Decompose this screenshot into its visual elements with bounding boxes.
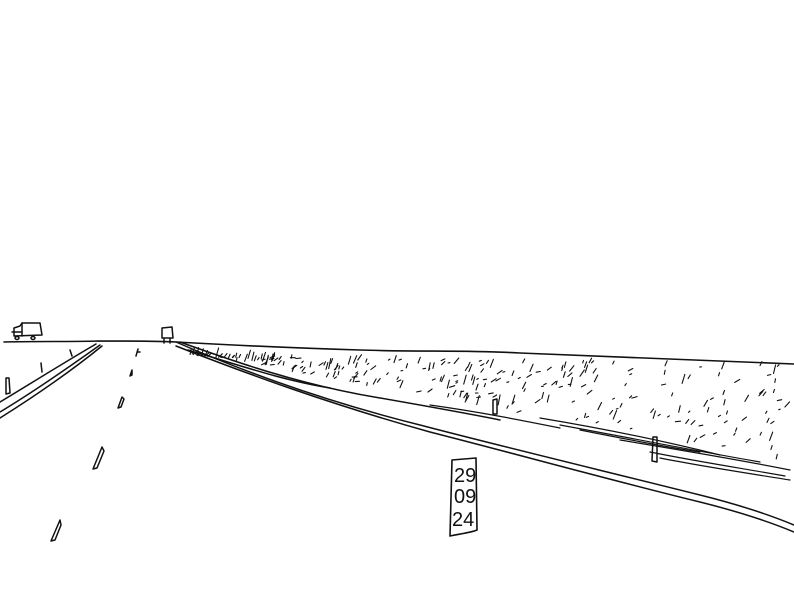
distant-vehicle — [162, 327, 173, 343]
date-sign-line-2: 09 — [454, 486, 476, 508]
distant-truck — [12, 323, 42, 340]
guard-post — [41, 363, 42, 372]
drawing-canvas: 29 09 24 — [0, 0, 794, 595]
date-sign-line-1: 29 — [454, 465, 476, 487]
guard-post — [6, 378, 10, 394]
date-sign-line-3: 24 — [452, 509, 474, 531]
date-sign: 29 09 24 — [450, 458, 477, 536]
guard-post — [70, 350, 72, 356]
highway-sketch: 29 09 24 — [0, 0, 794, 595]
roadside-posts — [493, 399, 657, 462]
guard-rail — [0, 344, 102, 418]
lane-markings — [51, 349, 140, 541]
